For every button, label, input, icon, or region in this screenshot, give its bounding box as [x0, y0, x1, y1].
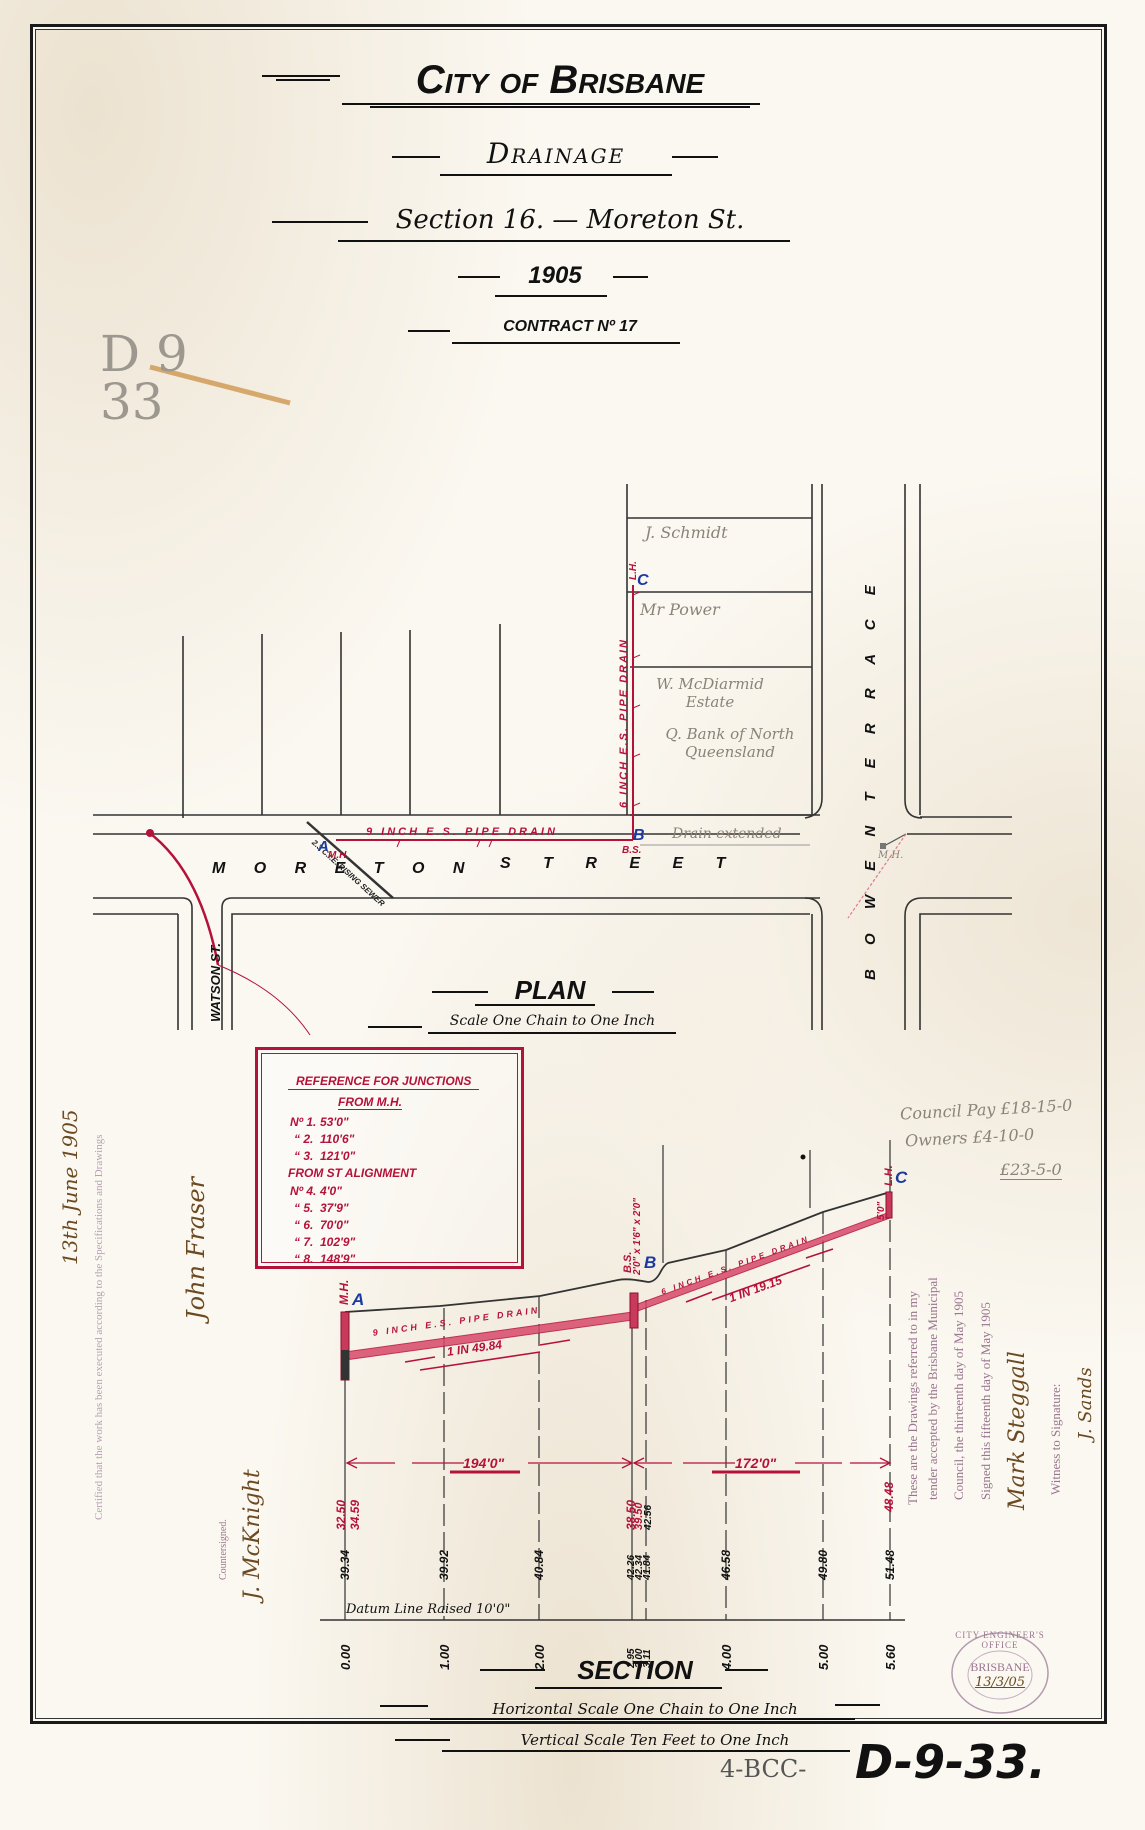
tender-text-4: Signed this fifteenth day of May 1905: [978, 1302, 994, 1500]
bowen-mh-marker: [880, 843, 886, 849]
reference-code: D-9-33.: [855, 1735, 1046, 1789]
section-benchmark-dot: [801, 1155, 806, 1160]
section-b-dims: 2'0" x 1'6" x 2'0": [632, 1198, 643, 1275]
chainage: 0.00: [338, 1645, 353, 1670]
street-bowen-terrace: B O W E N T E R R A C E: [862, 575, 879, 980]
junction-reference-box: REFERENCE FOR JUNCTIONS FROM M.H. Nº 1. …: [255, 1047, 524, 1269]
ref-al-no: “ 5.: [294, 1201, 313, 1215]
bowen-mh-label: M.H.: [878, 850, 903, 861]
ref-al-dist: 4'0": [320, 1184, 342, 1198]
section-vertical-scale: Vertical Scale Ten Feet to One Inch: [465, 1731, 845, 1749]
witness-label: Witness to Signature:: [1048, 1384, 1064, 1495]
main-junction-ticks: [397, 840, 492, 847]
ref-mh-no: Nº 1.: [290, 1115, 316, 1129]
lot-owner-1: J. Schmidt: [645, 523, 728, 542]
ref-mh-no: “ 2.: [294, 1132, 313, 1146]
surface-level: 40.84: [532, 1550, 546, 1580]
section-title: SECTION: [545, 1655, 725, 1686]
plan-title: PLAN: [490, 975, 610, 1006]
section-point-a: A: [352, 1290, 364, 1310]
tender-text-2: tender accepted by the Brisbane Municipa…: [925, 1277, 941, 1500]
bowen-mh-line: [884, 834, 906, 846]
plan-point-c-label: L.H.: [628, 561, 639, 580]
dimension-lines: [347, 1458, 890, 1472]
surface-level: 39.92: [437, 1550, 451, 1580]
street-watson: WATSON ST.: [208, 943, 223, 1022]
section-horizontal-scale: Horizontal Scale One Chain to One Inch: [440, 1700, 850, 1718]
engineer-signature: John Fraser: [182, 1177, 210, 1320]
chainage: 5.60: [883, 1645, 898, 1670]
completion-date-note: 13th June 1905: [58, 1109, 82, 1265]
branch-drain-label: 6 INCH E.S. PIPE DRAIN: [618, 638, 630, 808]
section-c-tag: L.H.: [883, 1165, 895, 1186]
ref-mh-no: “ 3.: [294, 1149, 313, 1163]
title-year: 1905: [500, 262, 610, 290]
ref-al-no: “ 8.: [294, 1252, 313, 1266]
stamp-date: 13/3/05: [965, 1675, 1035, 1690]
invert-level: 34.59: [348, 1500, 362, 1530]
witness-signature: J. Sands: [1075, 1367, 1096, 1440]
ref-mh-dist: 110'6": [320, 1132, 354, 1146]
ref-subtitle-alignment: FROM ST ALIGNMENT: [288, 1166, 416, 1180]
countersigned-label: Countersigned.: [218, 1519, 229, 1580]
section-a-tag: M.H.: [337, 1280, 351, 1305]
title-department: Drainage: [440, 137, 672, 170]
section-c-depth: 5'0": [876, 1202, 887, 1220]
stamp-ring-text: CITY ENGINEER'S OFFICE: [945, 1630, 1055, 1650]
plan-point-b-label: B.S.: [622, 845, 641, 856]
tender-text-3: Council, the thirteenth day of May 1905: [951, 1291, 967, 1500]
manhole-a-base: [341, 1350, 349, 1380]
surface-level: 51.48: [883, 1550, 897, 1580]
stamp-center: BRISBANE: [960, 1660, 1040, 1675]
invert-level: 48.48: [882, 1482, 896, 1512]
section-point-b: B: [644, 1253, 656, 1273]
street-moreton-right: S T R E E T: [500, 855, 739, 873]
ref-al-no: “ 6.: [294, 1218, 313, 1232]
invert-level: 32.50: [334, 1500, 348, 1530]
title-section: Section 16. — Moreton St.: [370, 205, 770, 235]
surface-level: 41.84: [642, 1555, 653, 1580]
ref-al-no: Nº 4.: [290, 1184, 316, 1198]
surface-level: 49.80: [816, 1550, 830, 1580]
dim-ab-label: 194'0": [463, 1455, 504, 1471]
bs-shaft: [630, 1293, 638, 1328]
branch-junction-ticks: [633, 592, 640, 806]
section-point-c: C: [895, 1168, 907, 1188]
lot-owner-4: Q. Bank of North Queensland: [640, 725, 820, 761]
plan-scale: Scale One Chain to One Inch: [430, 1013, 675, 1029]
certification-text: Certified that the work has been execute…: [92, 1100, 106, 1520]
dim-bc-label: 172'0": [735, 1455, 776, 1471]
title-contract: Contract Nº 17: [470, 318, 670, 336]
countersign-signature: J. McKnight: [240, 1469, 265, 1600]
lot-owner-2: Mr Power: [640, 600, 720, 619]
surface-level: 46.58: [719, 1550, 733, 1580]
tender-text-1: These are the Drawings referred to in my: [905, 1291, 921, 1505]
margin-pencil-number: D 9 33: [100, 330, 210, 426]
tender-signature: Mark Steggall: [1005, 1351, 1030, 1510]
ref-al-dist: 37'9": [320, 1201, 349, 1215]
invert-level: 42.56: [643, 1505, 654, 1530]
ref-al-no: “ 7.: [294, 1235, 313, 1249]
reference-prefix: 4-BCC-: [720, 1755, 806, 1783]
chainage: 1.00: [437, 1645, 452, 1670]
ref-mh-dist: 121'0": [320, 1149, 355, 1163]
ref-title: REFERENCE FOR JUNCTIONS: [288, 1074, 479, 1090]
chainage: 5.00: [816, 1645, 831, 1670]
plan-point-a-label: M.H.: [328, 850, 349, 861]
main-drain-label: 9 INCH E.S. PIPE DRAIN: [366, 826, 558, 838]
ref-al-dist: 70'0": [320, 1218, 349, 1232]
watson-junction-marker: [146, 829, 154, 837]
datum-note: Datum Line Raised 10'0": [346, 1602, 510, 1617]
cost-total: £23-5-0: [1000, 1160, 1062, 1180]
ref-al-dist: 148'9": [320, 1252, 355, 1266]
surface-level: 39.34: [338, 1550, 352, 1580]
drain-extended-label: Drain extended: [672, 826, 782, 842]
ref-al-dist: 102'9": [320, 1235, 355, 1249]
title-city: City of Brisbane: [350, 58, 770, 103]
plan-point-b: B: [633, 827, 645, 845]
ref-mh-dist: 53'0": [320, 1115, 349, 1129]
ref-subtitle-mh: FROM M.H.: [338, 1095, 402, 1110]
lot-owner-3: W. McDiarmid Estate: [650, 675, 770, 711]
